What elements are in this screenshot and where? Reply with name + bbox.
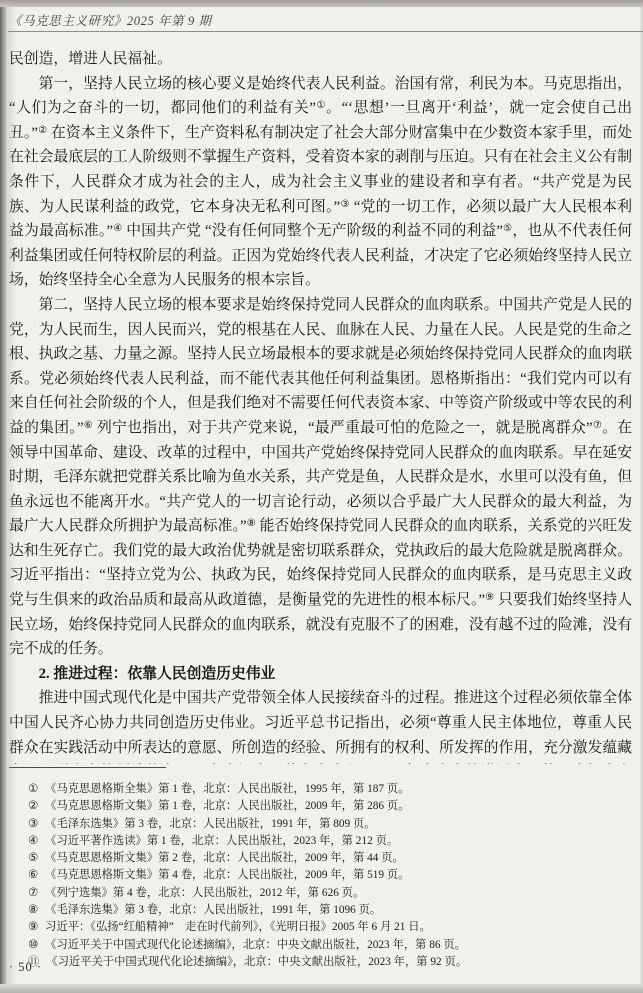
paragraph: 推进中国式现代化是中国共产党带领全体人民接续奋斗的过程。推进这个过程必须依靠全体…: [9, 686, 632, 764]
footnote-text: 《马克思恩格斯文集》第 1 卷，北京：人民出版社，2009 年，第 286 页。: [45, 800, 409, 812]
footnote-text: 《列宁选集》第 4 卷，北京：人民出版社，2012 年，第 626 页。: [45, 887, 364, 899]
footnote-item: ⑩《习近平关于中国式现代化论述摘编》，北京：中央文献出版社，2023 年，第 8…: [9, 937, 635, 954]
scan-edge-top: [0, 0, 643, 7]
footnote-separator: [9, 767, 166, 768]
footnote-text: 《毛泽东选集》第 3 卷，北京：人民出版社，1991 年，第 809 页。: [45, 818, 375, 830]
footnote-text: 《习近平著作选读》第 1 卷，北京：人民出版社，2023 年，第 212 页。: [45, 835, 398, 847]
running-head: 《马克思主义研究》2025 年第 9 期: [9, 11, 212, 29]
footnote-ref: ⑥: [84, 420, 94, 431]
footnote-ref: ⑤: [503, 223, 512, 234]
footnote-item: ⑪《习近平关于中国式现代化论述摘编》，北京：中央文献出版社，2023 年，第 9…: [9, 954, 635, 971]
footnote-text: 《习近平关于中国式现代化论述摘编》，北京：中央文献出版社，2023 年，第 92…: [46, 956, 467, 968]
footnote-ref: ③: [340, 199, 350, 210]
footnote-ref: ④: [113, 223, 122, 234]
section-heading: 2. 推进过程：依靠人民创造历史伟业: [9, 662, 632, 687]
footnote-ref: ⑧: [247, 518, 256, 529]
footnote-ref: ⑨: [485, 592, 494, 603]
footnote-item: ③《毛泽东选集》第 3 卷，北京：人民出版社，1991 年，第 809 页。: [9, 816, 635, 833]
paragraph: 民创造，增进人民福祉。: [9, 47, 632, 72]
footnote-marker: ⑩: [28, 937, 38, 954]
footnote-marker: ⑨: [28, 919, 38, 936]
footnote-ref: ②: [38, 125, 47, 136]
article-body: 民创造，增进人民福祉。第一，坚持人民立场的核心要义是始终代表人民利益。治国有常，…: [9, 47, 632, 764]
footnote-text: 《马克思恩格斯文集》第 4 卷，北京：人民出版社，2009 年，第 519 页。: [45, 869, 409, 881]
footnote-marker: ③: [28, 816, 38, 833]
scan-edge-left: [0, 0, 16, 993]
footnote-marker: ⑤: [28, 850, 38, 867]
footnote-item: ④《习近平著作选读》第 1 卷，北京：人民出版社，2023 年，第 212 页。: [9, 833, 635, 850]
footnote-text: 习近平：《弘扬“红船精神” 走在时代前列》，《光明日报》2005 年 6 月 2…: [45, 921, 431, 933]
footnote-text: 《毛泽东选集》第 3 卷，北京：人民出版社，1991 年，第 1096 页。: [45, 904, 381, 916]
footnote-item: ②《马克思恩格斯文集》第 1 卷，北京：人民出版社，2009 年，第 286 页…: [9, 798, 635, 815]
footnote-item: ⑥《马克思恩格斯文集》第 4 卷，北京：人民出版社，2009 年，第 519 页…: [9, 867, 635, 884]
journal-page: 《马克思主义研究》2025 年第 9 期 民创造，增进人民福祉。第一，坚持人民立…: [0, 0, 643, 993]
scan-edge-bottom: [0, 984, 643, 993]
footnote-marker: ②: [28, 798, 38, 815]
scan-edge-right: [639, 0, 643, 993]
footnote-marker: ①: [28, 781, 38, 798]
footnote-item: ⑦《列宁选集》第 4 卷，北京：人民出版社，2012 年，第 626 页。: [9, 885, 635, 902]
paragraph: 第二，坚持人民立场的根本要求是始终保持党同人民群众的血肉联系。中国共产党是人民的…: [9, 293, 632, 662]
footnote-text: 《习近平关于中国式现代化论述摘编》，北京：中央文献出版社，2023 年，第 86…: [45, 939, 466, 951]
paragraph: 第一，坚持人民立场的核心要义是始终代表人民利益。治国有常，利民为本。马克思指出，…: [9, 72, 632, 293]
footnote-marker: ④: [28, 833, 38, 850]
footnote-ref: ①: [316, 100, 326, 111]
footnote-marker: ⑧: [28, 902, 38, 919]
footnote-marker: ⑦: [28, 885, 38, 902]
footnote-item: ⑨习近平：《弘扬“红船精神” 走在时代前列》，《光明日报》2005 年 6 月 …: [9, 919, 635, 936]
footnote-item: ⑧《毛泽东选集》第 3 卷，北京：人民出版社，1991 年，第 1096 页。: [9, 902, 635, 919]
footnote-item: ⑤《马克思恩格斯文集》第 2 卷，北京：人民出版社，2009 年，第 44 页。: [9, 850, 635, 867]
footnote-marker: ⑥: [28, 867, 38, 884]
header-rule: [8, 31, 643, 32]
footnote-text: 《马克思恩格斯全集》第 1 卷，北京：人民出版社，1995 年，第 187 页。: [45, 783, 409, 795]
footnote-text: 《马克思恩格斯文集》第 2 卷，北京：人民出版社，2009 年，第 44 页。: [45, 852, 404, 864]
footnote-item: ①《马克思恩格斯全集》第 1 卷，北京：人民出版社，1995 年，第 187 页…: [9, 781, 635, 798]
footnotes-section: ①《马克思恩格斯全集》第 1 卷，北京：人民出版社，1995 年，第 187 页…: [9, 781, 635, 971]
footnote-ref: ⑦: [593, 420, 603, 431]
